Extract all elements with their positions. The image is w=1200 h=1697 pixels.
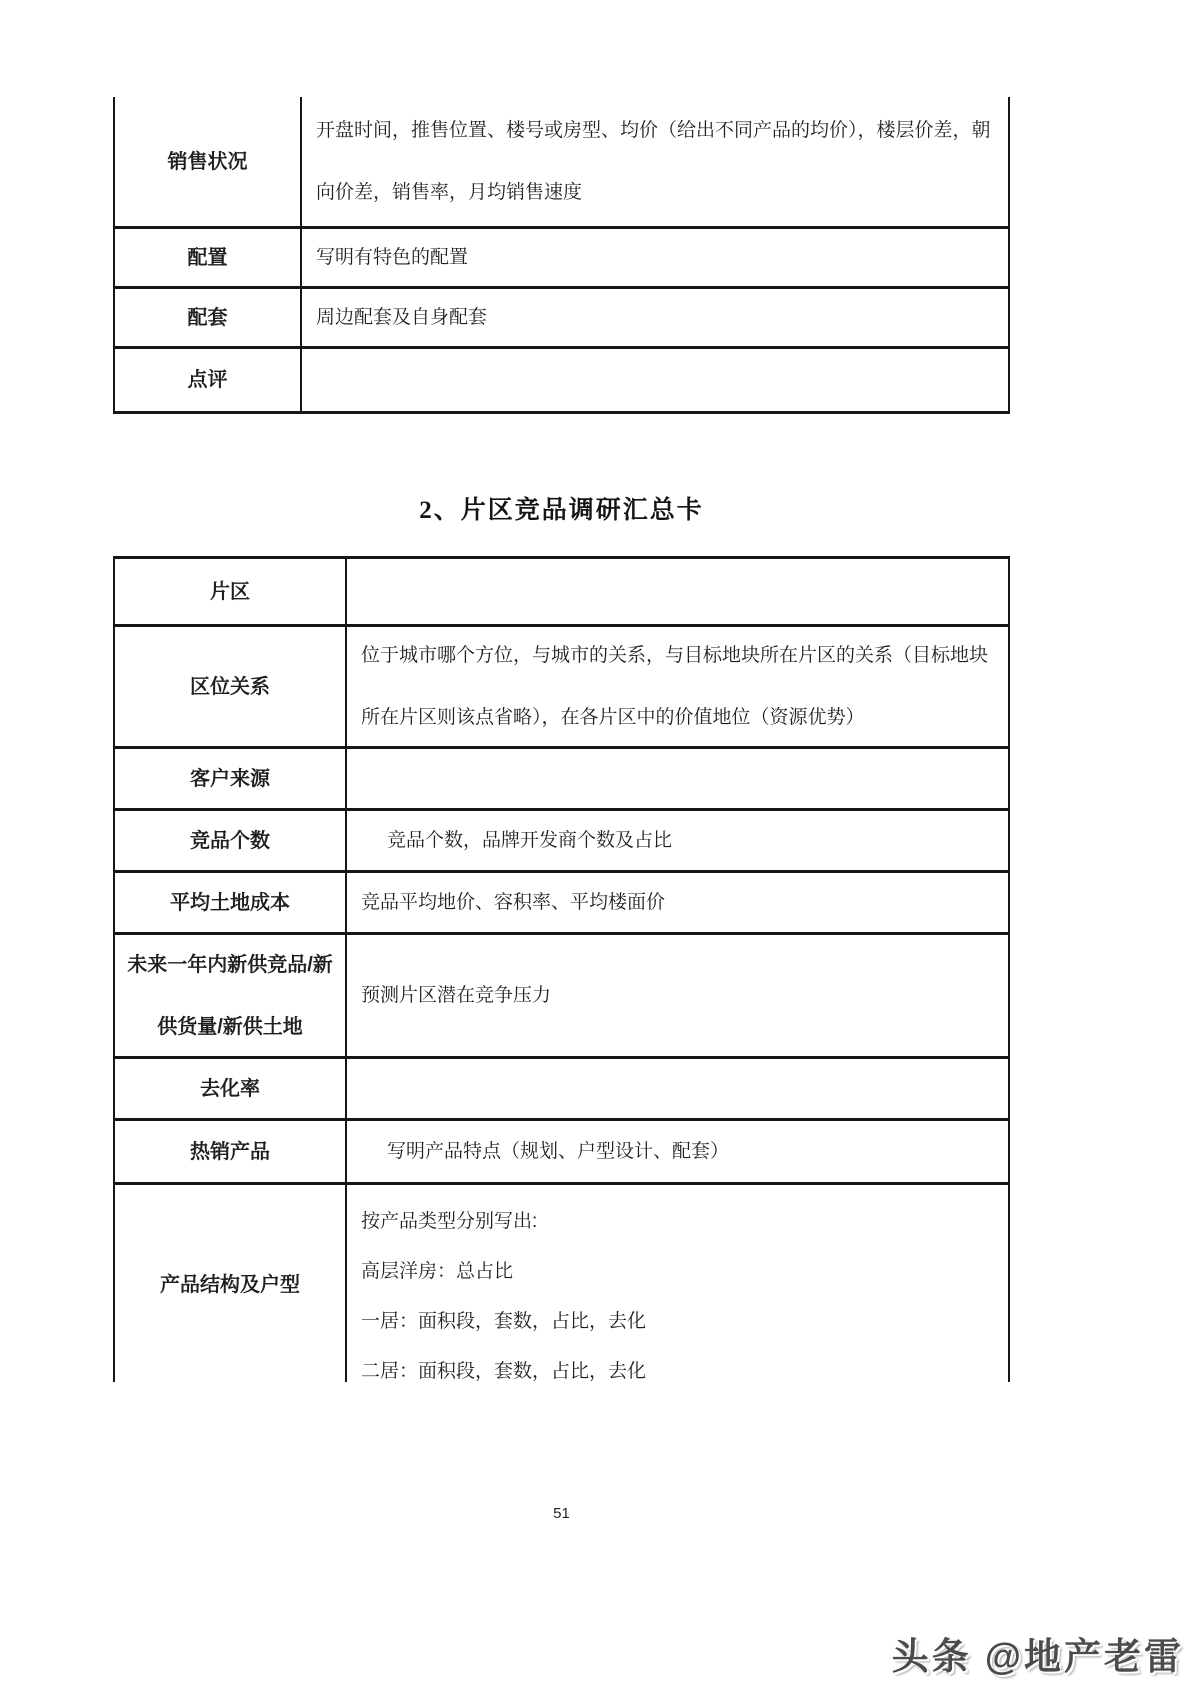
row-content-text: 位于城市哪个方位，与城市的关系，与目标地块所在片区的关系（目标地块所在片区则该点… <box>361 625 996 749</box>
row-content-line: 高层洋房：总占比 <box>361 1249 513 1295</box>
row-content: 按产品类型分别写出: 高层洋房：总占比 一居：面积段，套数，占比，去化 二居：面… <box>347 1185 1008 1382</box>
row-label: 热销产品 <box>115 1121 347 1182</box>
row-label: 未来一年内新供竞品/新供货量/新供土地 <box>115 935 347 1056</box>
row-content: 周边配套及自身配套 <box>302 289 1008 346</box>
document-page: 销售状况 开盘时间，推售位置、楼号或房型、均价（给出不同产品的均价），楼层价差，… <box>0 0 1200 1697</box>
row-content: 预测片区潜在竞争压力 <box>347 935 1008 1056</box>
row-label: 客户来源 <box>115 749 347 808</box>
row-content-text: 开盘时间，推售位置、楼号或房型、均价（给出不同产品的均价），楼层价差，朝向价差，… <box>316 100 996 224</box>
table-row-hot-selling-products: 热销产品 写明产品特点（规划、户型设计、配套） <box>115 1121 1008 1185</box>
row-label: 竞品个数 <box>115 811 347 870</box>
row-content <box>347 1059 1008 1118</box>
table-row-customer-source: 客户来源 <box>115 749 1008 811</box>
row-content: 位于城市哪个方位，与城市的关系，与目标地块所在片区的关系（目标地块所在片区则该点… <box>347 627 1008 746</box>
row-content-text: 竞品平均地价、容积率、平均楼面价 <box>361 890 665 916</box>
row-content <box>347 749 1008 808</box>
table-row-future-supply: 未来一年内新供竞品/新供货量/新供土地 预测片区潜在竞争压力 <box>115 935 1008 1059</box>
table-row-sales-status: 销售状况 开盘时间，推售位置、楼号或房型、均价（给出不同产品的均价），楼层价差，… <box>115 97 1008 229</box>
project-survey-table: 销售状况 开盘时间，推售位置、楼号或房型、均价（给出不同产品的均价），楼层价差，… <box>113 97 1010 414</box>
row-label: 片区 <box>115 559 347 624</box>
page-number: 51 <box>113 1505 1010 1522</box>
watermark-text: 头条 @地产老雷 <box>892 1626 1184 1680</box>
row-label: 点评 <box>115 349 302 411</box>
row-label: 平均土地成本 <box>115 873 347 932</box>
row-label: 配套 <box>115 289 302 346</box>
row-content-text: 预测片区潜在竞争压力 <box>361 983 551 1009</box>
row-label: 区位关系 <box>115 627 347 746</box>
row-content: 写明产品特点（规划、户型设计、配套） <box>347 1121 1008 1182</box>
table-row-product-structure: 产品结构及户型 按产品类型分别写出: 高层洋房：总占比 一居：面积段，套数，占比… <box>115 1185 1008 1382</box>
row-content-line: 按产品类型分别写出: <box>361 1199 537 1245</box>
row-content <box>302 349 1008 411</box>
table-row-absorption-rate: 去化率 <box>115 1059 1008 1121</box>
table-row-comments: 点评 <box>115 349 1008 414</box>
table-row-configuration: 配置 写明有特色的配置 <box>115 229 1008 289</box>
row-content <box>347 559 1008 624</box>
row-content-text: 竞品个数，品牌开发商个数及占比 <box>361 828 672 854</box>
row-label: 销售状况 <box>115 97 302 226</box>
row-label: 配置 <box>115 229 302 286</box>
section-title: 2、片区竞品调研汇总卡 <box>113 490 1010 526</box>
table-row-location-relation: 区位关系 位于城市哪个方位，与城市的关系，与目标地块所在片区的关系（目标地块所在… <box>115 627 1008 749</box>
row-content-text: 写明有特色的配置 <box>316 245 468 271</box>
table-row-competitor-count: 竞品个数 竞品个数，品牌开发商个数及占比 <box>115 811 1008 873</box>
district-summary-table: 片区 区位关系 位于城市哪个方位，与城市的关系，与目标地块所在片区的关系（目标地… <box>113 556 1010 1382</box>
row-label: 去化率 <box>115 1059 347 1118</box>
row-content: 写明有特色的配置 <box>302 229 1008 286</box>
row-content: 开盘时间，推售位置、楼号或房型、均价（给出不同产品的均价），楼层价差，朝向价差，… <box>302 97 1008 226</box>
row-content-text: 周边配套及自身配套 <box>316 305 487 331</box>
row-content: 竞品平均地价、容积率、平均楼面价 <box>347 873 1008 932</box>
row-content-line: 一居：面积段，套数，占比，去化 <box>361 1299 646 1345</box>
table-row-amenities: 配套 周边配套及自身配套 <box>115 289 1008 349</box>
row-content-line: 二居：面积段，套数，占比，去化 <box>361 1349 646 1382</box>
row-content: 竞品个数，品牌开发商个数及占比 <box>347 811 1008 870</box>
row-content-text: 写明产品特点（规划、户型设计、配套） <box>361 1139 729 1165</box>
table-row-average-land-cost: 平均土地成本 竞品平均地价、容积率、平均楼面价 <box>115 873 1008 935</box>
table-row-district: 片区 <box>115 559 1008 627</box>
row-label: 产品结构及户型 <box>115 1185 347 1382</box>
